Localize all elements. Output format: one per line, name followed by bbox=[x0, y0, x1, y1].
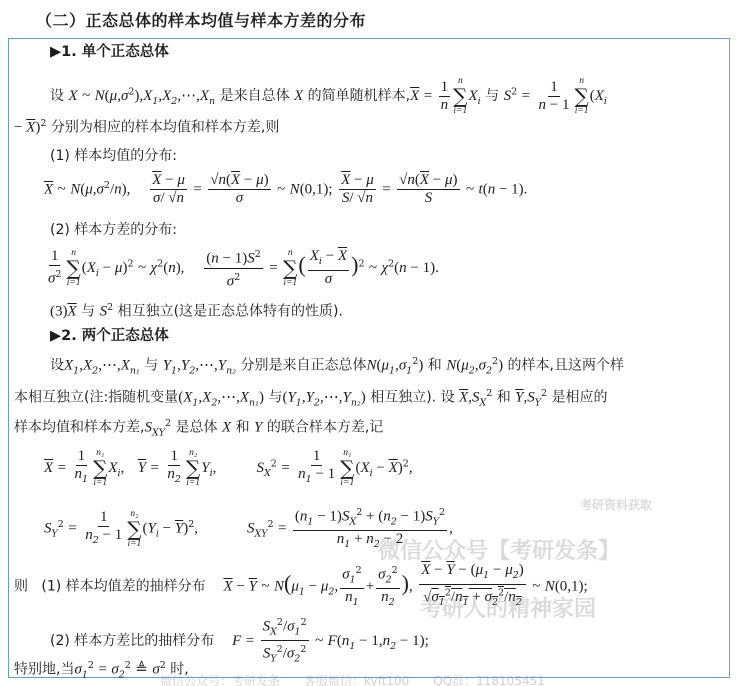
intro-sentence-cont: − X)2 分别为相应的样本均值和样本方差,则 bbox=[14, 114, 279, 138]
formula-sample-mean: X ~ N(μ,σ2/n), X − μσ/ √n = √n(X − μ)σ ~… bbox=[44, 172, 527, 207]
watermark-wechat: 微信公众号【考研发条】 bbox=[378, 534, 620, 565]
watermark-slogan: 考研人的精神家园 bbox=[420, 592, 596, 623]
two-pop-para-line-3: 样本均值和样本方差,SXY2 是总体 X 和 Y 的联合样本方差,记 bbox=[14, 414, 383, 443]
two-pop-para-line-1: 设X1,X2,⋯,Xn₁ 与 Y1,Y2,⋯,Yn₂ 分别是来自正态总体N(μ1… bbox=[50, 352, 624, 381]
item-1-label: (1) 样本均值的分布: bbox=[50, 146, 177, 166]
formula-sample-variance: 1σ2n∑i=1(Xi − μ)2 ~ χ2(n), (n − 1)S2σ2 =… bbox=[44, 246, 439, 290]
watermark-small: 考研资料获取 bbox=[580, 496, 652, 513]
two-pop-para-line-2: 本相互独立(注:指随机变量(X1,X2,⋯,Xn₁) 与(Y1,Y2,⋯,Yn₂… bbox=[14, 384, 608, 413]
intro-sentence: 设 X ~ N(μ,σ2),X1,X2,⋯,Xn 是来自总体 X 的简单随机样本… bbox=[50, 76, 607, 116]
subsection-heading-2: ▶2. 两个正态总体 bbox=[50, 326, 169, 346]
subsection-heading-1: ▶1. 单个正态总体 bbox=[50, 42, 169, 62]
item-2-label: (2) 样本方差的分布: bbox=[50, 220, 177, 240]
section-title: （二）正态总体的样本均值与样本方差的分布 bbox=[36, 8, 366, 31]
watermark-footer: 微信公众号：考研发条 客服微信：kyft100 QQ群：118105451 bbox=[160, 672, 545, 686]
formula-means-and-sx: X = 1n1n₁∑i=1Xi, Y = 1n2n₂∑i=1Yi, SX2 = … bbox=[44, 448, 413, 488]
item-3-independence: (3)X 与 S2 相互独立(这是正态总体特有的性质). bbox=[50, 298, 343, 322]
